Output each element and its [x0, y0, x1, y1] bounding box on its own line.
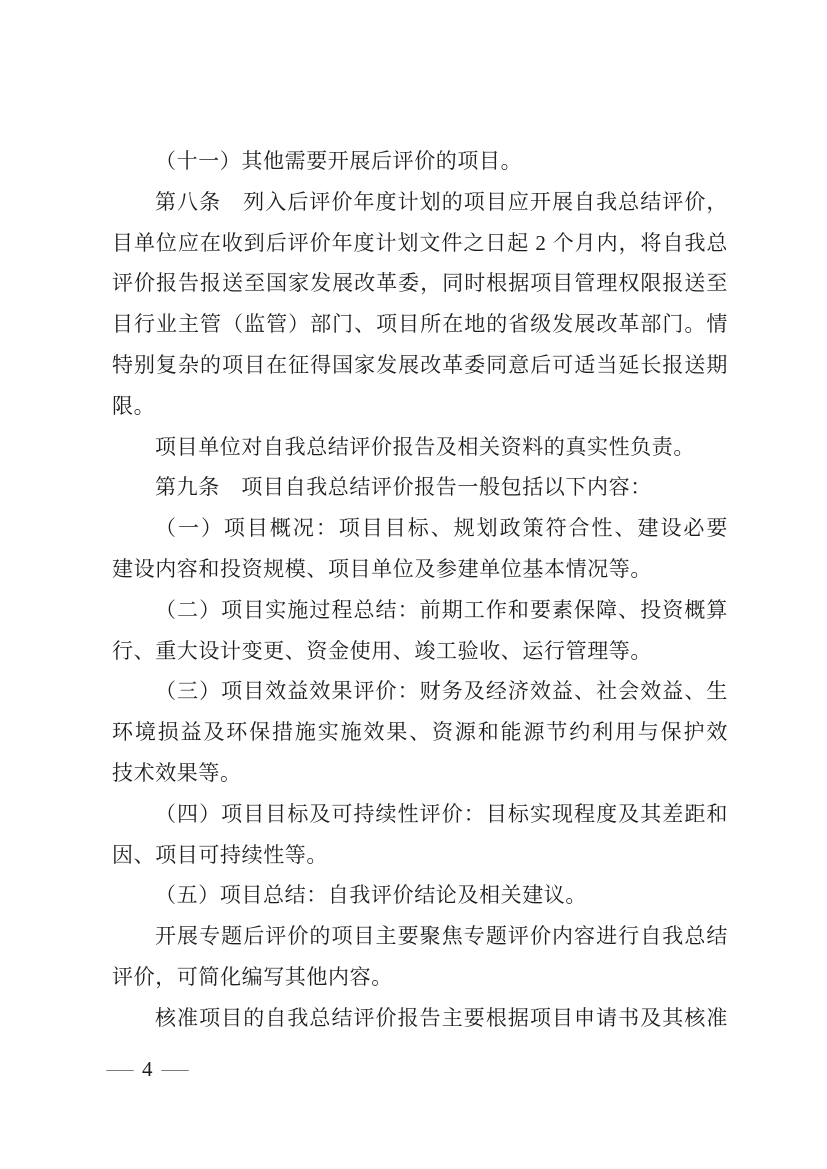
- paragraph: 核准项目的自我总结评价报告主要根据项目申请书及其核准: [112, 998, 728, 1039]
- text-line: 环境损益及环保措施实施效果、资源和能源节约利用与保护效果、: [112, 712, 728, 753]
- text-line: 因、项目可持续性等。: [112, 835, 728, 876]
- text-line: 目行业主管（监管）部门、项目所在地的省级发展改革部门。情况: [112, 304, 728, 345]
- paragraph: 第九条 项目自我总结评价报告一般包括以下内容：: [112, 467, 728, 508]
- paragraph: 开展专题后评价的项目主要聚焦专题评价内容进行自我总结评价，可简化编写其他内容。: [112, 916, 728, 998]
- text-line: 限。: [112, 386, 728, 427]
- text-line: 第八条 列入后评价年度计划的项目应开展自我总结评价，项: [112, 182, 728, 223]
- text-line: 评价报告报送至国家发展改革委，同时根据项目管理权限报送至项: [112, 263, 728, 304]
- text-line: 行、重大设计变更、资金使用、竣工验收、运行管理等。: [112, 631, 728, 672]
- paragraph: （十一）其他需要开展后评价的项目。: [112, 141, 728, 182]
- text-line: 特别复杂的项目在征得国家发展改革委同意后可适当延长报送期: [112, 345, 728, 386]
- text-line: （三）项目效益效果评价：财务及经济效益、社会效益、生态: [112, 671, 728, 712]
- text-line: （四）项目目标及可持续性评价：目标实现程度及其差距和原: [112, 794, 728, 835]
- document-body: （十一）其他需要开展后评价的项目。第八条 列入后评价年度计划的项目应开展自我总结…: [112, 141, 728, 1039]
- paragraph: （五）项目总结：自我评价结论及相关建议。: [112, 875, 728, 916]
- paragraph: （二）项目实施过程总结：前期工作和要素保障、投资概算执行、重大设计变更、资金使用…: [112, 590, 728, 672]
- text-line: 技术效果等。: [112, 753, 728, 794]
- text-line: （二）项目实施过程总结：前期工作和要素保障、投资概算执: [112, 590, 728, 631]
- text-line: （十一）其他需要开展后评价的项目。: [112, 141, 728, 182]
- text-line: 目单位应在收到后评价年度计划文件之日起 2 个月内，将自我总结: [112, 223, 728, 264]
- text-line: （一）项目概况：项目目标、规划政策符合性、建设必要性、: [112, 508, 728, 549]
- page-number-value: 4: [142, 1054, 153, 1084]
- paragraph: （一）项目概况：项目目标、规划政策符合性、建设必要性、建设内容和投资规模、项目单…: [112, 508, 728, 590]
- paragraph: 项目单位对自我总结评价报告及相关资料的真实性负责。: [112, 427, 728, 468]
- text-line: 第九条 项目自我总结评价报告一般包括以下内容：: [112, 467, 728, 508]
- paragraph: （四）项目目标及可持续性评价：目标实现程度及其差距和原因、项目可持续性等。: [112, 794, 728, 876]
- paragraph: （三）项目效益效果评价：财务及经济效益、社会效益、生态环境损益及环保措施实施效果…: [112, 671, 728, 793]
- text-line: 建设内容和投资规模、项目单位及参建单位基本情况等。: [112, 549, 728, 590]
- text-line: 开展专题后评价的项目主要聚焦专题评价内容进行自我总结: [112, 916, 728, 957]
- text-line: （五）项目总结：自我评价结论及相关建议。: [112, 875, 728, 916]
- text-line: 项目单位对自我总结评价报告及相关资料的真实性负责。: [112, 427, 728, 468]
- page-number: — 4 —: [110, 1054, 185, 1084]
- page-number-dash-left: —: [107, 1054, 134, 1084]
- text-line: 核准项目的自我总结评价报告主要根据项目申请书及其核准: [112, 998, 728, 1039]
- document-page: （十一）其他需要开展后评价的项目。第八条 列入后评价年度计划的项目应开展自我总结…: [0, 0, 827, 1169]
- text-line: 评价，可简化编写其他内容。: [112, 957, 728, 998]
- paragraph: 第八条 列入后评价年度计划的项目应开展自我总结评价，项目单位应在收到后评价年度计…: [112, 182, 728, 427]
- page-number-dash-right: —: [161, 1054, 188, 1084]
